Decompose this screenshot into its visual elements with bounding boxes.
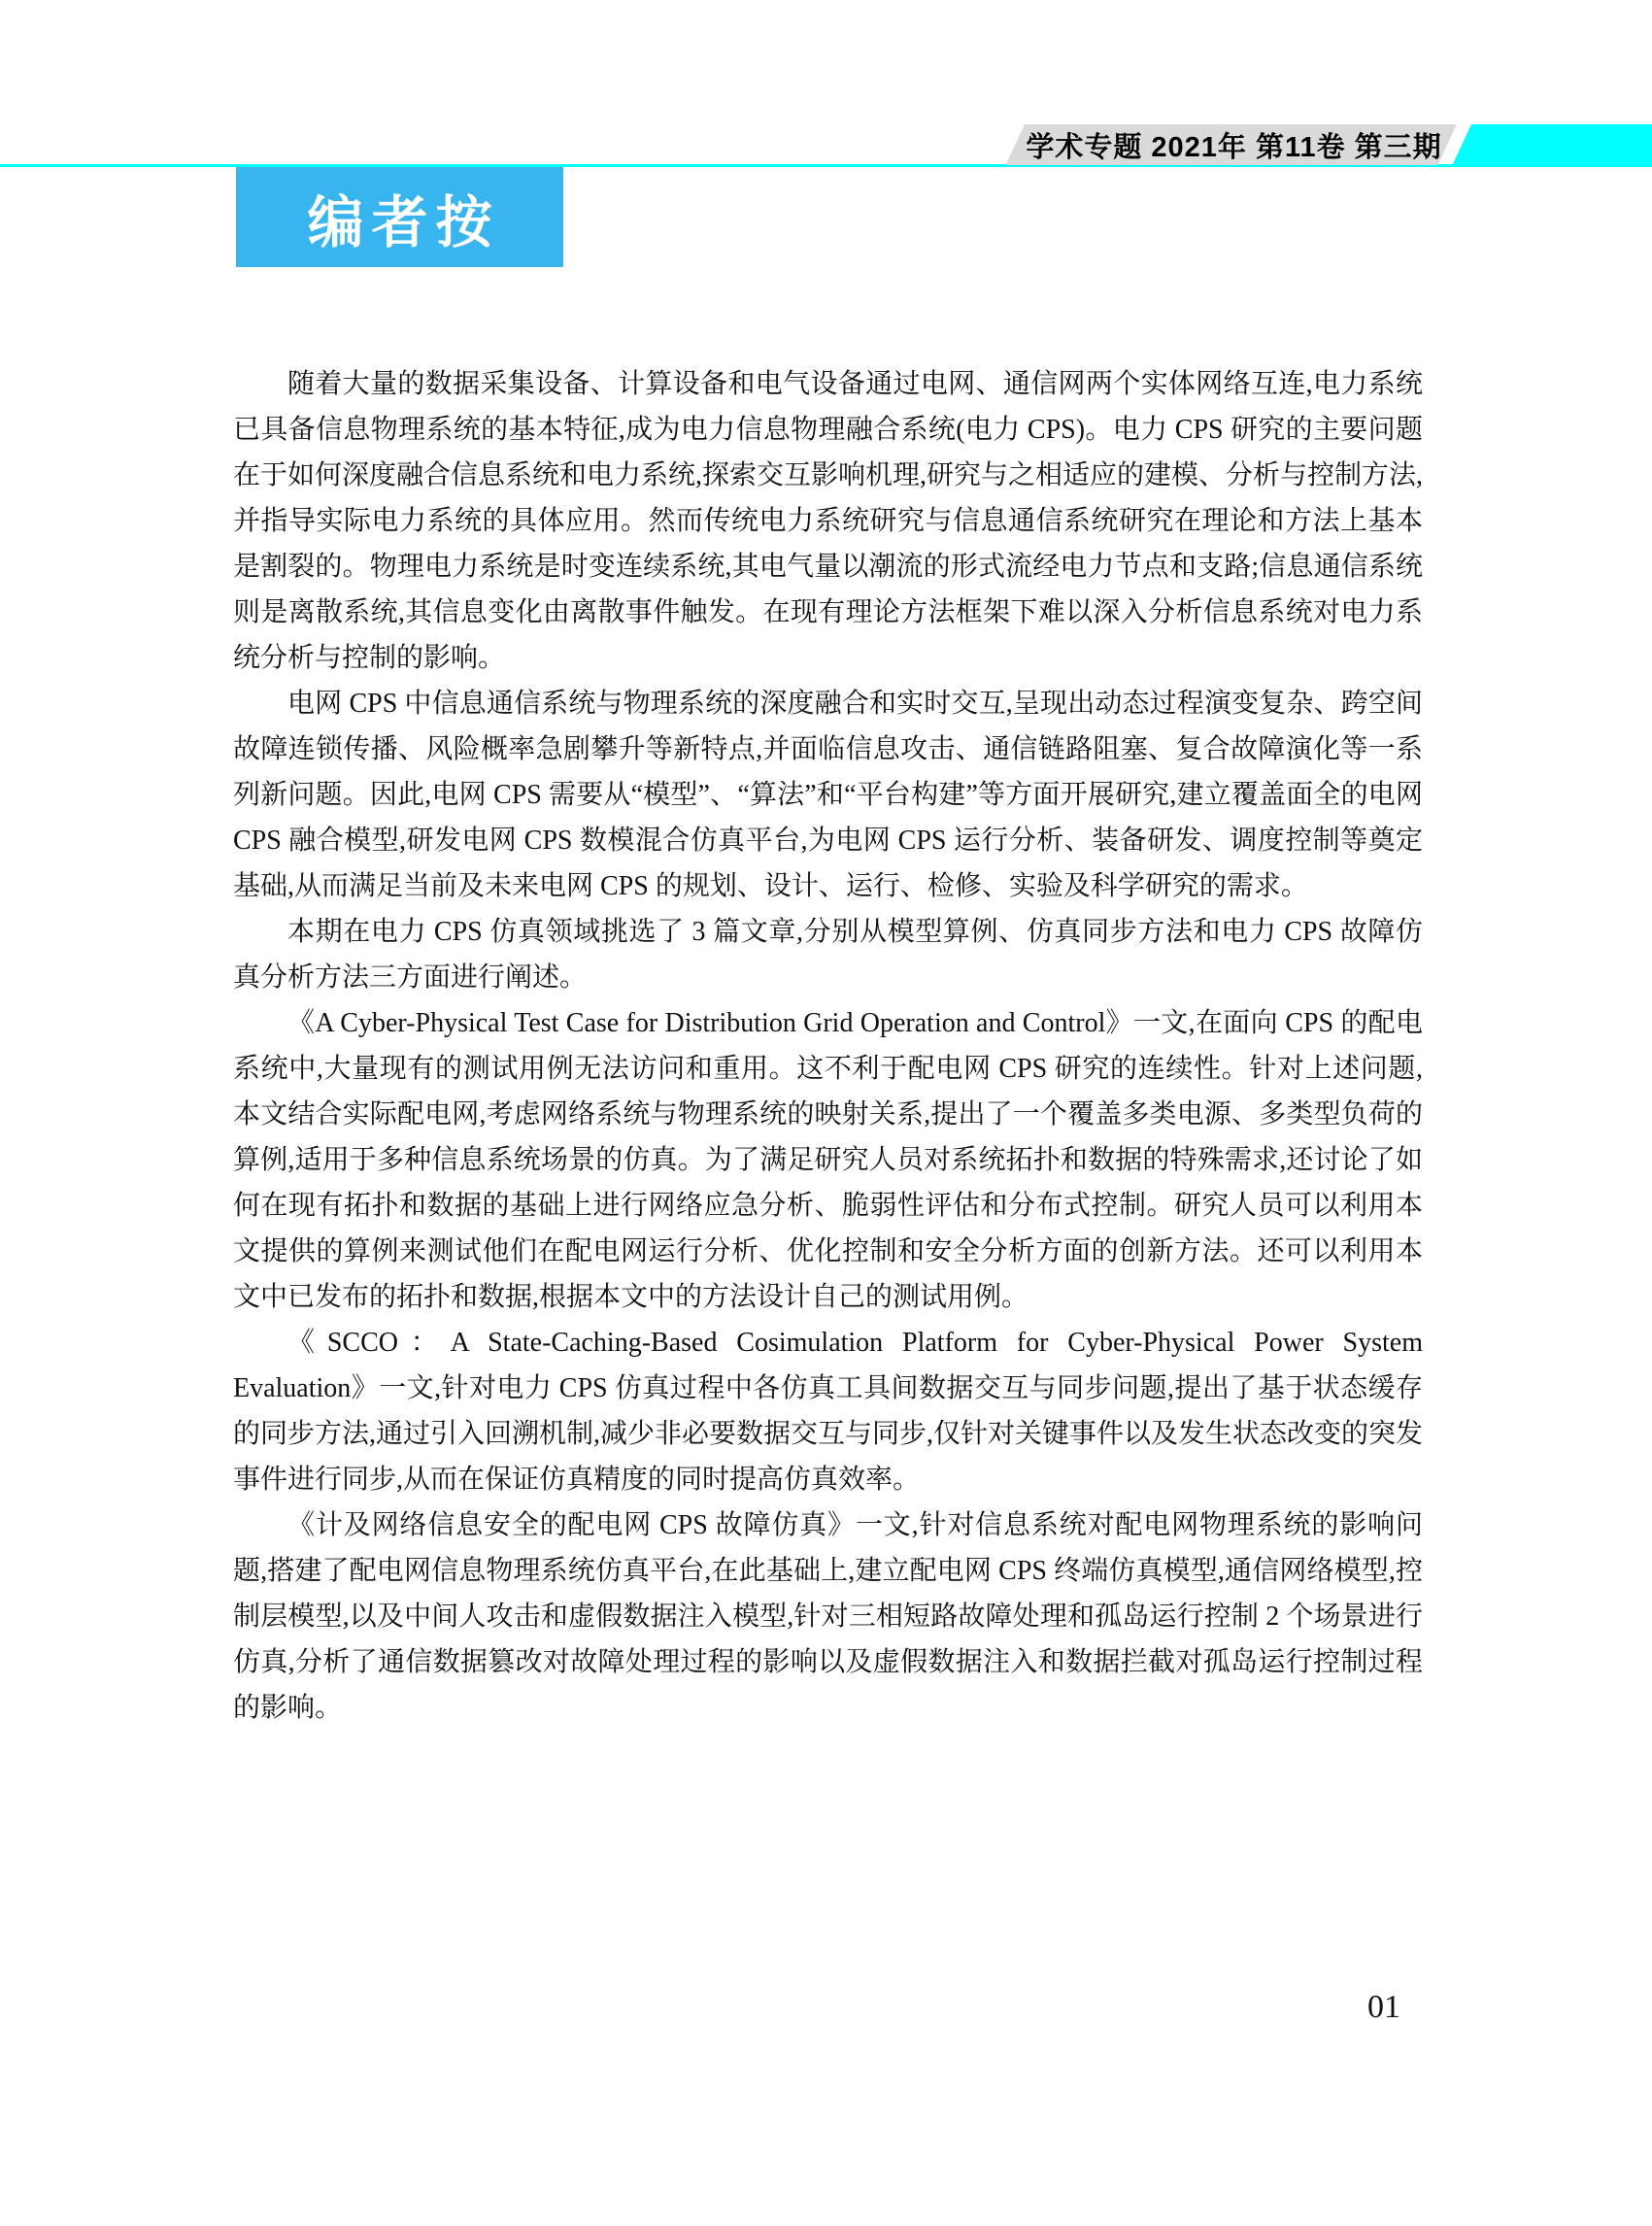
article-body: 随着大量的数据采集设备、计算设备和电气设备通过电网、通信网两个实体网络互连,电力… xyxy=(233,361,1423,1731)
editor-note-title: 编者按 xyxy=(299,177,499,258)
journal-page: 学术专题 2021年 第11卷 第三期 编者按 随着大量的数据采集设备、计算设备… xyxy=(0,0,1652,2226)
paragraph-1: 随着大量的数据采集设备、计算设备和电气设备通过电网、通信网两个实体网络互连,电力… xyxy=(233,361,1423,681)
header-accent-shape xyxy=(1452,124,1652,165)
journal-info-text: 学术专题 2021年 第11卷 第三期 xyxy=(1018,124,1450,165)
paragraph-3: 本期在电力 CPS 仿真领域挑选了 3 篇文章,分别从模型算例、仿真同步方法和电… xyxy=(233,909,1423,1000)
paragraph-2: 电网 CPS 中信息通信系统与物理系统的深度融合和实时交互,呈现出动态过程演变复… xyxy=(233,681,1423,909)
paragraph-5: 《SCCO：A State-Caching-Based Cosimulation… xyxy=(233,1320,1423,1502)
paragraph-6: 《计及网络信息安全的配电网 CPS 故障仿真》一文,针对信息系统对配电网物理系统… xyxy=(233,1502,1423,1731)
paragraph-4: 《A Cyber-Physical Test Case for Distribu… xyxy=(233,1000,1423,1320)
editor-note-banner: 编者按 xyxy=(236,167,563,267)
page-number: 01 xyxy=(1367,1989,1400,2026)
